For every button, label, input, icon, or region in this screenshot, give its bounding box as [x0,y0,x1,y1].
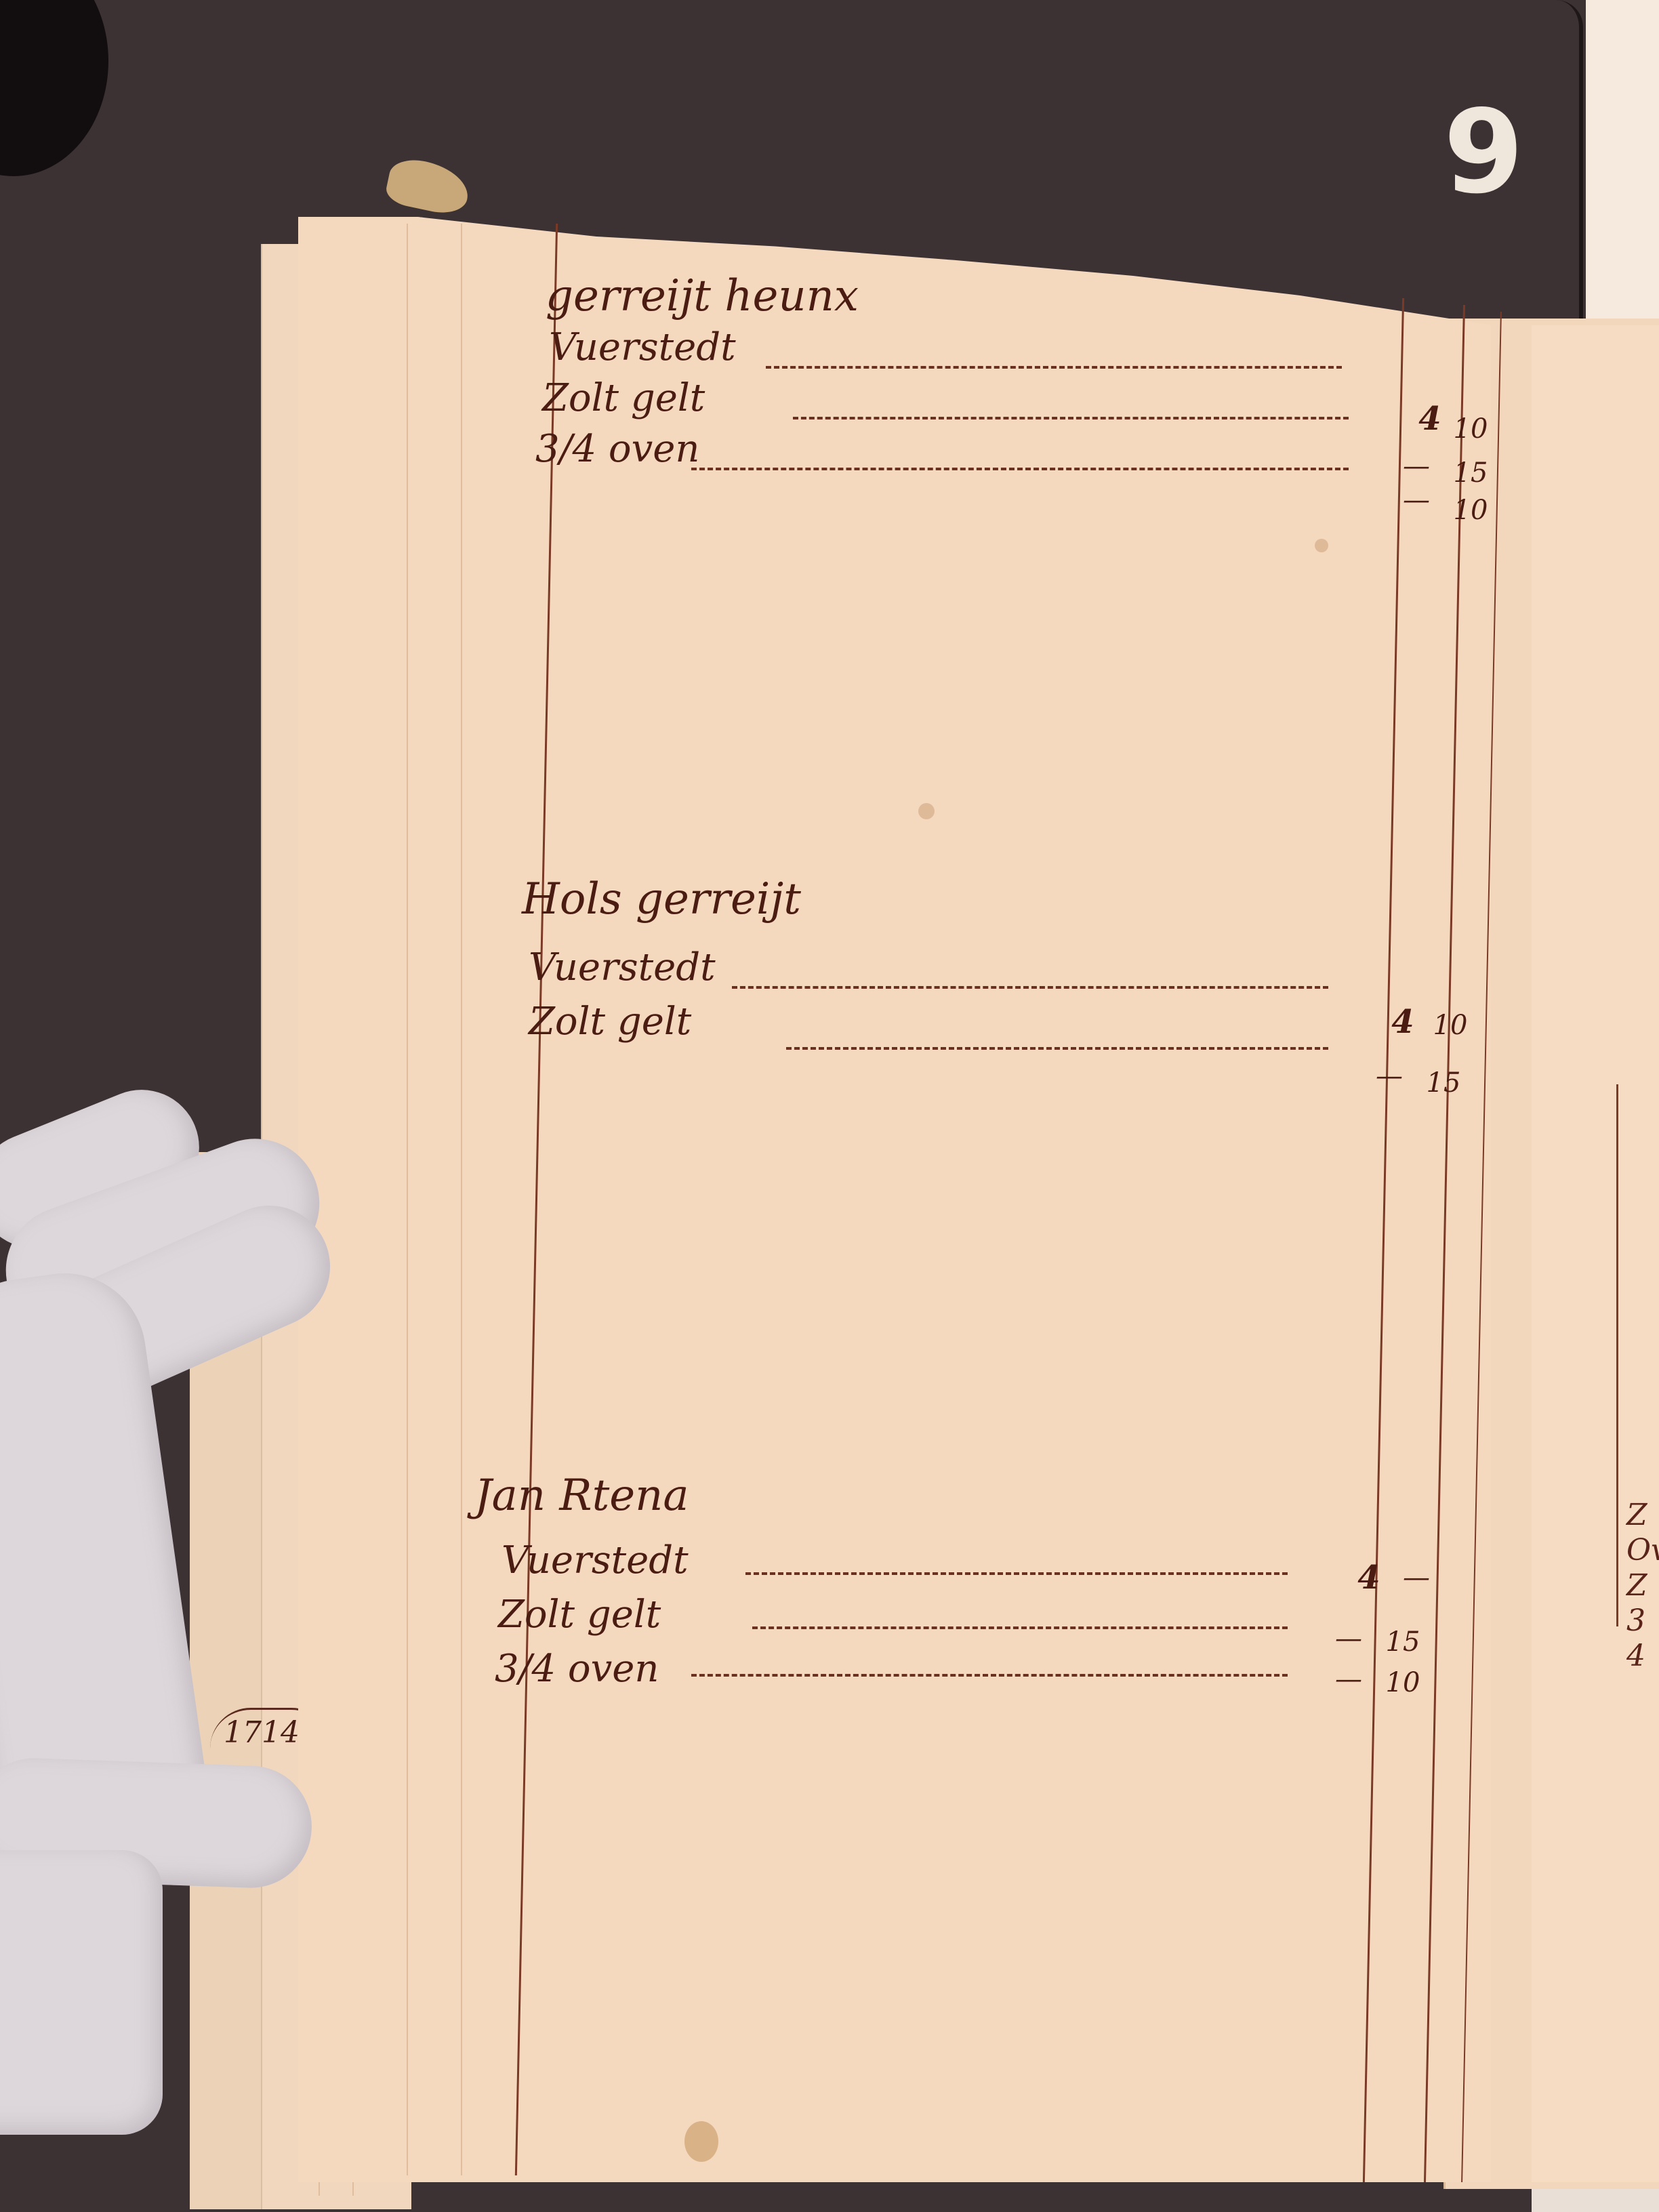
entry-item-label: Zolt gelt [498,1593,661,1637]
leader-dots [766,366,1342,369]
facing-page-text: Z Ov Z 3 4 [1626,1498,1659,1674]
leader-dots [752,1626,1288,1629]
amount-guilders: 4 [1410,400,1450,438]
facing-page-inner [1532,325,1659,2182]
facing-fragment: 4 [1626,1639,1659,1674]
leader-dots [745,1572,1288,1575]
folio-marker: 9 [1443,95,1523,210]
white-glove [0,1071,352,2128]
page-faint-rule [461,224,462,2175]
paper-stain [684,2121,718,2162]
entry-name: Hols gerreijt [522,874,801,924]
facing-fragment: Ov [1626,1533,1659,1568]
entry-item-label: Vuerstedt [501,1538,689,1582]
leader-dots [691,1674,1288,1677]
glove-wrist [0,1850,163,2135]
amount-stuivers: 10 [1450,495,1491,526]
amount-guilders: — [1396,451,1437,482]
leader-dots [691,468,1349,470]
amount-stuivers: — [1396,1562,1437,1593]
amount-guilders: — [1396,485,1437,516]
paper-stain [918,803,935,819]
entry-item-label: 3/4 oven [535,427,699,471]
entry-item-label: Zolt gelt [529,1000,691,1044]
amount-stuivers: 10 [1382,1667,1423,1698]
amount-guilders: 4 [1349,1559,1389,1597]
entry-name: gerreijt heunx [546,271,859,321]
leader-dots [732,986,1328,989]
amount-guilders: — [1369,1061,1410,1092]
background-right [1586,0,1659,325]
amount-stuivers: 15 [1450,457,1491,489]
facing-fragment: Z [1626,1568,1659,1603]
leader-dots [786,1047,1328,1050]
facing-fragment: Z [1626,1498,1659,1533]
page-faint-rule [407,224,408,2175]
amount-guilders: 4 [1382,1003,1423,1041]
amount-stuivers: 15 [1382,1626,1423,1658]
entry-item-label: Vuerstedt [529,945,716,989]
amount-stuivers: 10 [1450,413,1491,445]
entry-item-label: Zolt gelt [542,376,705,420]
ledger-page [298,217,1491,2182]
amount-stuivers: 10 [1430,1010,1471,1041]
paper-stain [1315,539,1328,552]
amount-stuivers: 15 [1423,1067,1464,1099]
amount-guilders: — [1328,1664,1369,1695]
entry-item-label: 3/4 oven [495,1647,659,1691]
entry-name: Jan Rtena [474,1471,689,1521]
amount-guilders: — [1328,1623,1369,1654]
facing-fragment: 3 [1626,1603,1659,1639]
facing-page-rule [1616,1084,1618,1626]
leader-dots [793,417,1349,419]
entry-item-label: Vuerstedt [549,325,736,369]
